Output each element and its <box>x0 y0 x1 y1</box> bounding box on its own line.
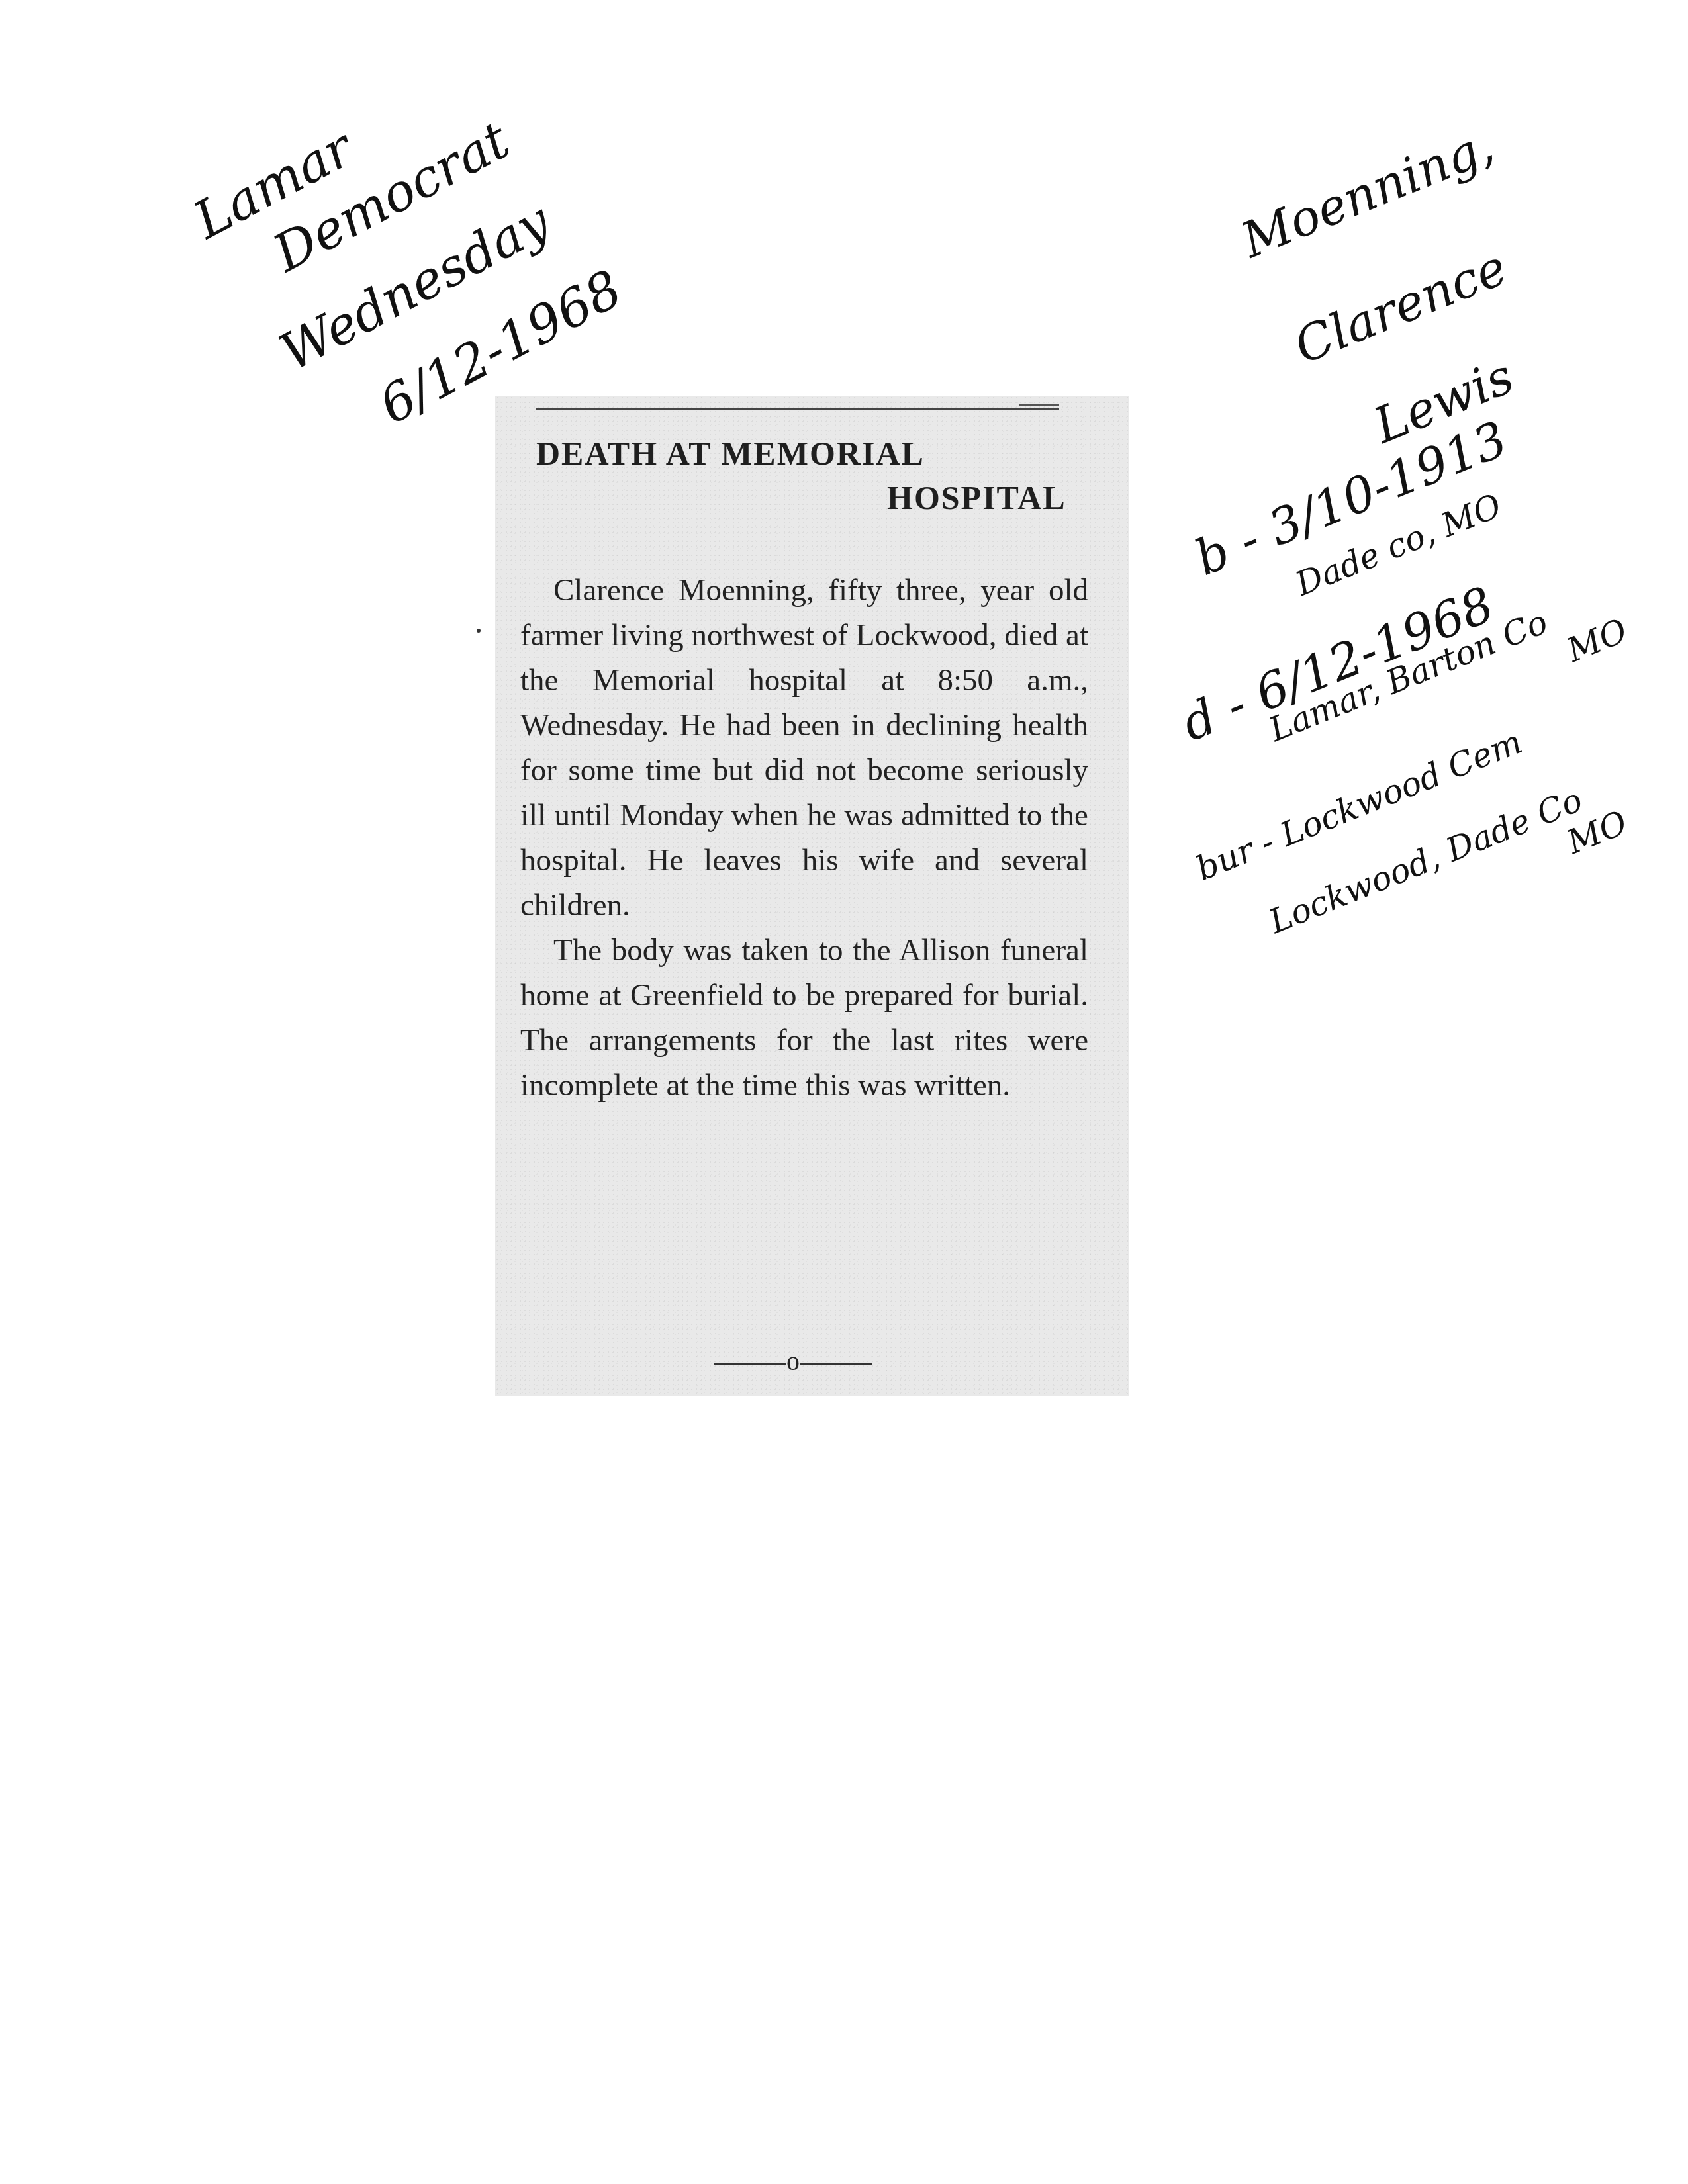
end-mark: o <box>714 1345 872 1377</box>
top-rule <box>536 408 1059 410</box>
end-mark-glyph: o <box>786 1346 800 1376</box>
right-annotation-burial-cemetery: bur - Lockwood Cem <box>1192 725 1526 886</box>
article-paragraph-1: Clarence Moenning, fifty three, year old… <box>520 568 1088 928</box>
right-annotation-death-state: MO <box>1563 614 1632 667</box>
stray-mark <box>477 629 481 633</box>
article-body: Clarence Moenning, fifty three, year old… <box>520 568 1088 1108</box>
top-rule-accent <box>1019 404 1059 406</box>
headline-line-2: HOSPITAL <box>887 478 1066 517</box>
headline-line-1: DEATH AT MEMORIAL <box>536 434 925 473</box>
right-annotation-name-2: Clarence <box>1288 243 1513 372</box>
newspaper-clipping: DEATH AT MEMORIAL HOSPITAL Clarence Moen… <box>495 396 1129 1396</box>
document-page: Lamar Democrat Wednesday 6/12-1968 Moenn… <box>0 0 1688 2184</box>
right-annotation-name-1: Moenning, <box>1235 120 1500 265</box>
article-paragraph-2: The body was taken to the Allison funera… <box>520 928 1088 1108</box>
